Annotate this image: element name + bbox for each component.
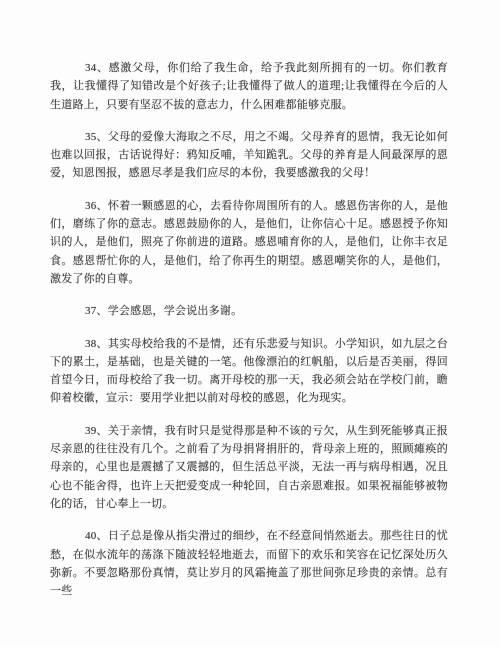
paragraph-38: 38、其实母校给我的不是情，还有乐悲爱与知识。小学知识，如九层之台下的累土，是基… [50,335,448,408]
paragraph-39: 39、关于亲情，我有时只是觉得那是种不该的亏欠，从生到死能够真正报尽亲恩的往往没… [50,422,448,513]
paragraph-37: 37、学会感恩，学会说出多谢。 [50,302,448,320]
paragraph-36: 36、怀着一颗感恩的心，去看待你周围所有的人。感恩伤害你的人，是他们，磨练了你的… [50,197,448,288]
paragraph-34: 34、感激父母，你们给了我生命，给予我此刻所拥有的一切。你们教育我，让我懂得了知… [50,59,448,114]
document-page: 34、感激父母，你们给了我生命，给予我此刻所拥有的一切。你们教育我，让我懂得了知… [0,0,500,647]
paragraph-35: 35、父母的爱像大海取之不尽，用之不竭。父母养育的恩情，我无论如何也难以回报，古… [50,128,448,183]
paragraph-40: 40、日子总是像从指尖滑过的细纱，在不经意间悄然逝去。那些往日的忧愁，在似水流年… [50,527,448,600]
